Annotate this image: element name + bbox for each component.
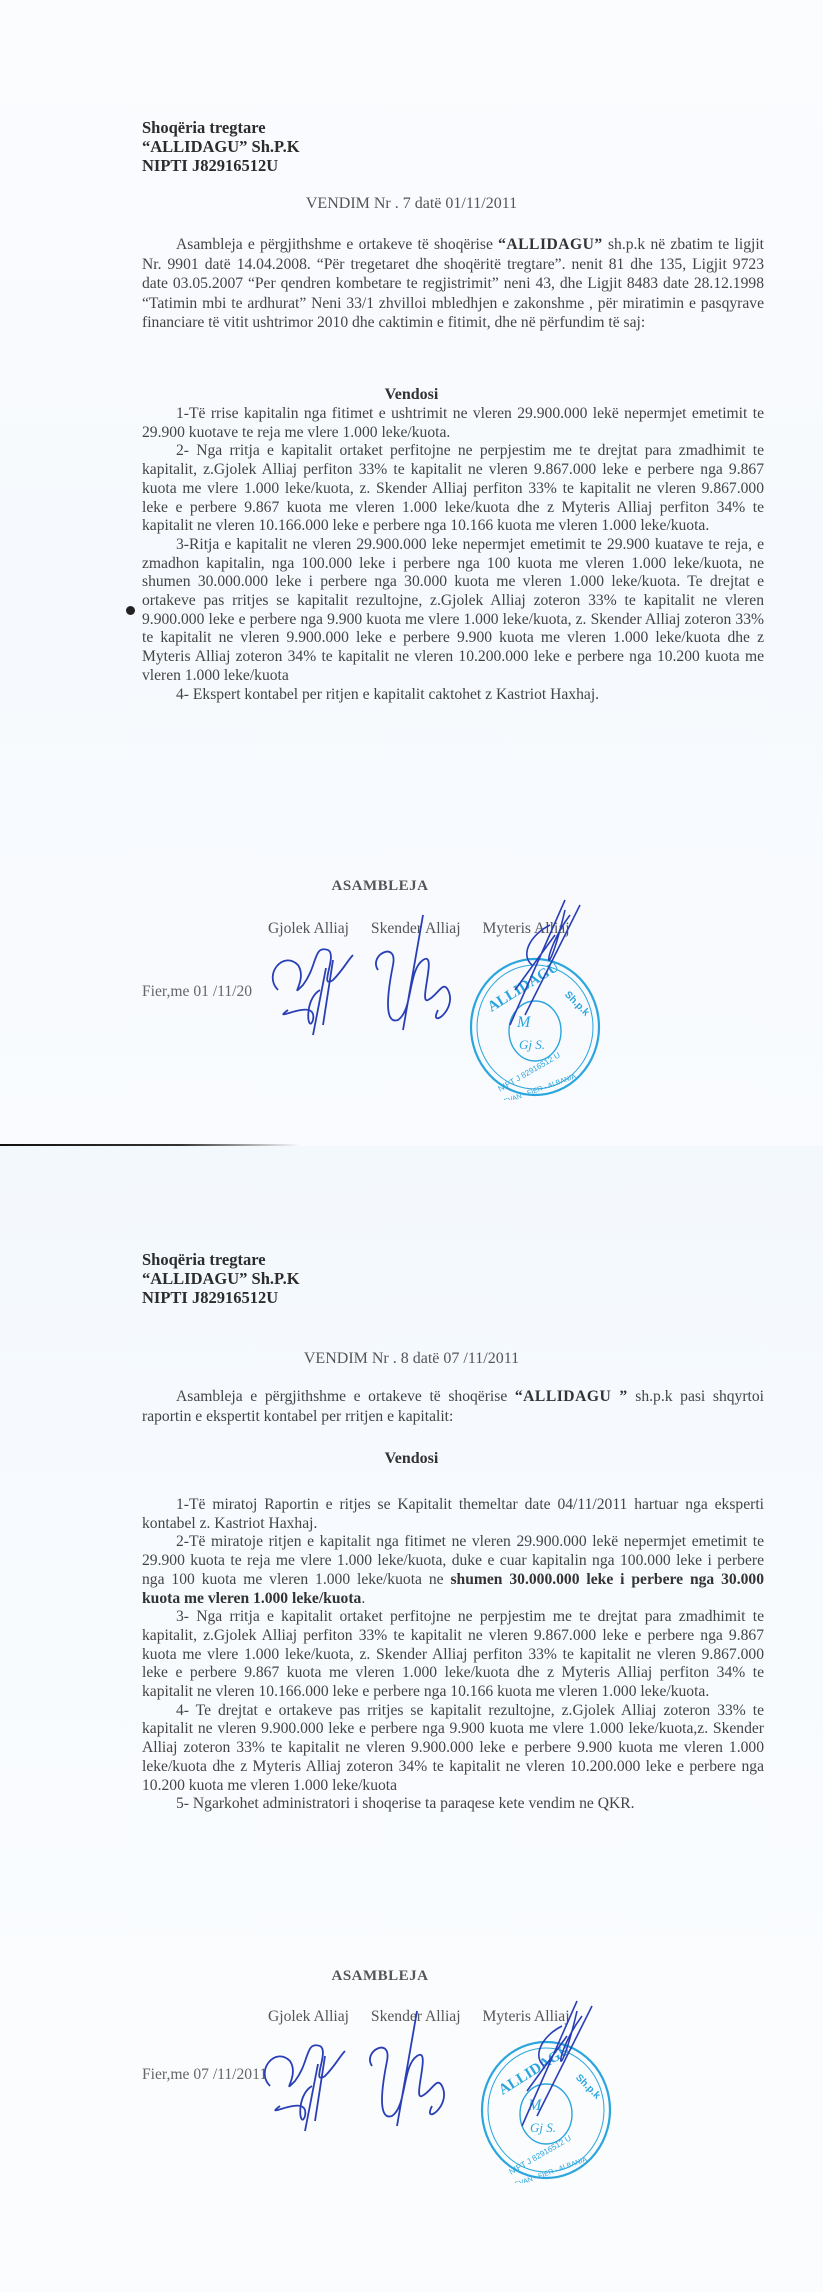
assembly-label: ASAMBLEJA	[0, 1968, 760, 1985]
document-page-1: Shoqëria tregtare “ALLIDAGU” Sh.P.K NIPT…	[0, 0, 823, 1150]
signature-myteris-icon	[482, 1996, 602, 2136]
decision-point-4: 4- Ekspert kontabel per ritjen e kapital…	[142, 686, 764, 705]
decision-points: 1-Të miratoj Raportin e ritjes se Kapita…	[142, 1496, 764, 1814]
signature-skender-icon	[368, 910, 458, 1040]
decision-title: VENDIM Nr . 8 datë 07 /11/2011	[0, 1350, 823, 1368]
signature-gjolek-icon	[258, 930, 358, 1040]
decision-title: VENDIM Nr . 7 datë 01/11/2011	[0, 195, 823, 213]
decision-point-5: 5- Ngarkohet administratori i shoqerise …	[142, 1795, 764, 1814]
decision-point-3: 3- Nga rritja e kapitalit ortaket perfit…	[142, 1608, 764, 1702]
decision-point-1: 1-Të miratoj Raportin e ritjes se Kapita…	[142, 1496, 764, 1533]
company-type: Shoqëria tregtare	[142, 118, 300, 137]
decision-heading: Vendosi	[0, 1450, 823, 1468]
intro-text-start: Asambleja e përgjithshme e ortakeve të s…	[176, 236, 498, 253]
intro-company: “ALLIDAGU”	[498, 236, 603, 253]
decision-heading: Vendosi	[0, 386, 823, 404]
company-nipt: NIPTI J82916512U	[142, 156, 300, 175]
signature-gjolek-icon	[250, 2026, 350, 2136]
decision-intro: Asambleja e përgjithshme e ortakeve të s…	[142, 1387, 764, 1426]
point-2-end: .	[361, 1590, 365, 1607]
decision-point-2: 2-Të miratoje ritjen e kapitalit nga fit…	[142, 1533, 764, 1608]
decision-point-1: 1-Të rrise kapitalin nga fitimet e ushtr…	[142, 405, 764, 442]
company-type: Shoqëria tregtare	[142, 1250, 300, 1269]
company-name: “ALLIDAGU” Sh.P.K	[142, 137, 300, 156]
decision-intro: Asambleja e përgjithshme e ortakeve të s…	[142, 235, 764, 333]
intro-company: “ALLIDAGU ”	[515, 1388, 628, 1405]
decision-points: 1-Të rrise kapitalin nga fitimet e ushtr…	[142, 405, 764, 704]
place-date: Fier,me 07 /11/2011	[142, 2066, 267, 2084]
decision-point-3: 3-Ritja e kapitalit ne vleren 29.900.000…	[142, 536, 764, 686]
svg-text:Gj S.: Gj S.	[519, 1037, 545, 1052]
document-page-2: Shoqëria tregtare “ALLIDAGU” Sh.P.K NIPT…	[0, 1146, 823, 2292]
decision-point-4: 4- Te drejtat e ortakeve pas rritjes se …	[142, 1702, 764, 1796]
assembly-label: ASAMBLEJA	[0, 878, 760, 895]
place-date: Fier,me 01 /11/20	[142, 983, 252, 1001]
decision-point-2: 2- Nga rritja e kapitalit ortaket perfit…	[142, 442, 764, 536]
signature-myteris-icon	[470, 895, 590, 1035]
company-header: Shoqëria tregtare “ALLIDAGU” Sh.P.K NIPT…	[142, 118, 300, 175]
company-nipt: NIPTI J82916512U	[142, 1288, 300, 1307]
member-name: Gjolek Alliaj	[268, 2008, 349, 2025]
company-name: “ALLIDAGU” Sh.P.K	[142, 1269, 300, 1288]
signature-skender-icon	[362, 2006, 452, 2136]
company-header: Shoqëria tregtare “ALLIDAGU” Sh.P.K NIPT…	[142, 1250, 300, 1307]
intro-text-start: Asambleja e përgjithshme e ortakeve të s…	[176, 1388, 515, 1405]
punch-hole-mark	[126, 606, 135, 615]
